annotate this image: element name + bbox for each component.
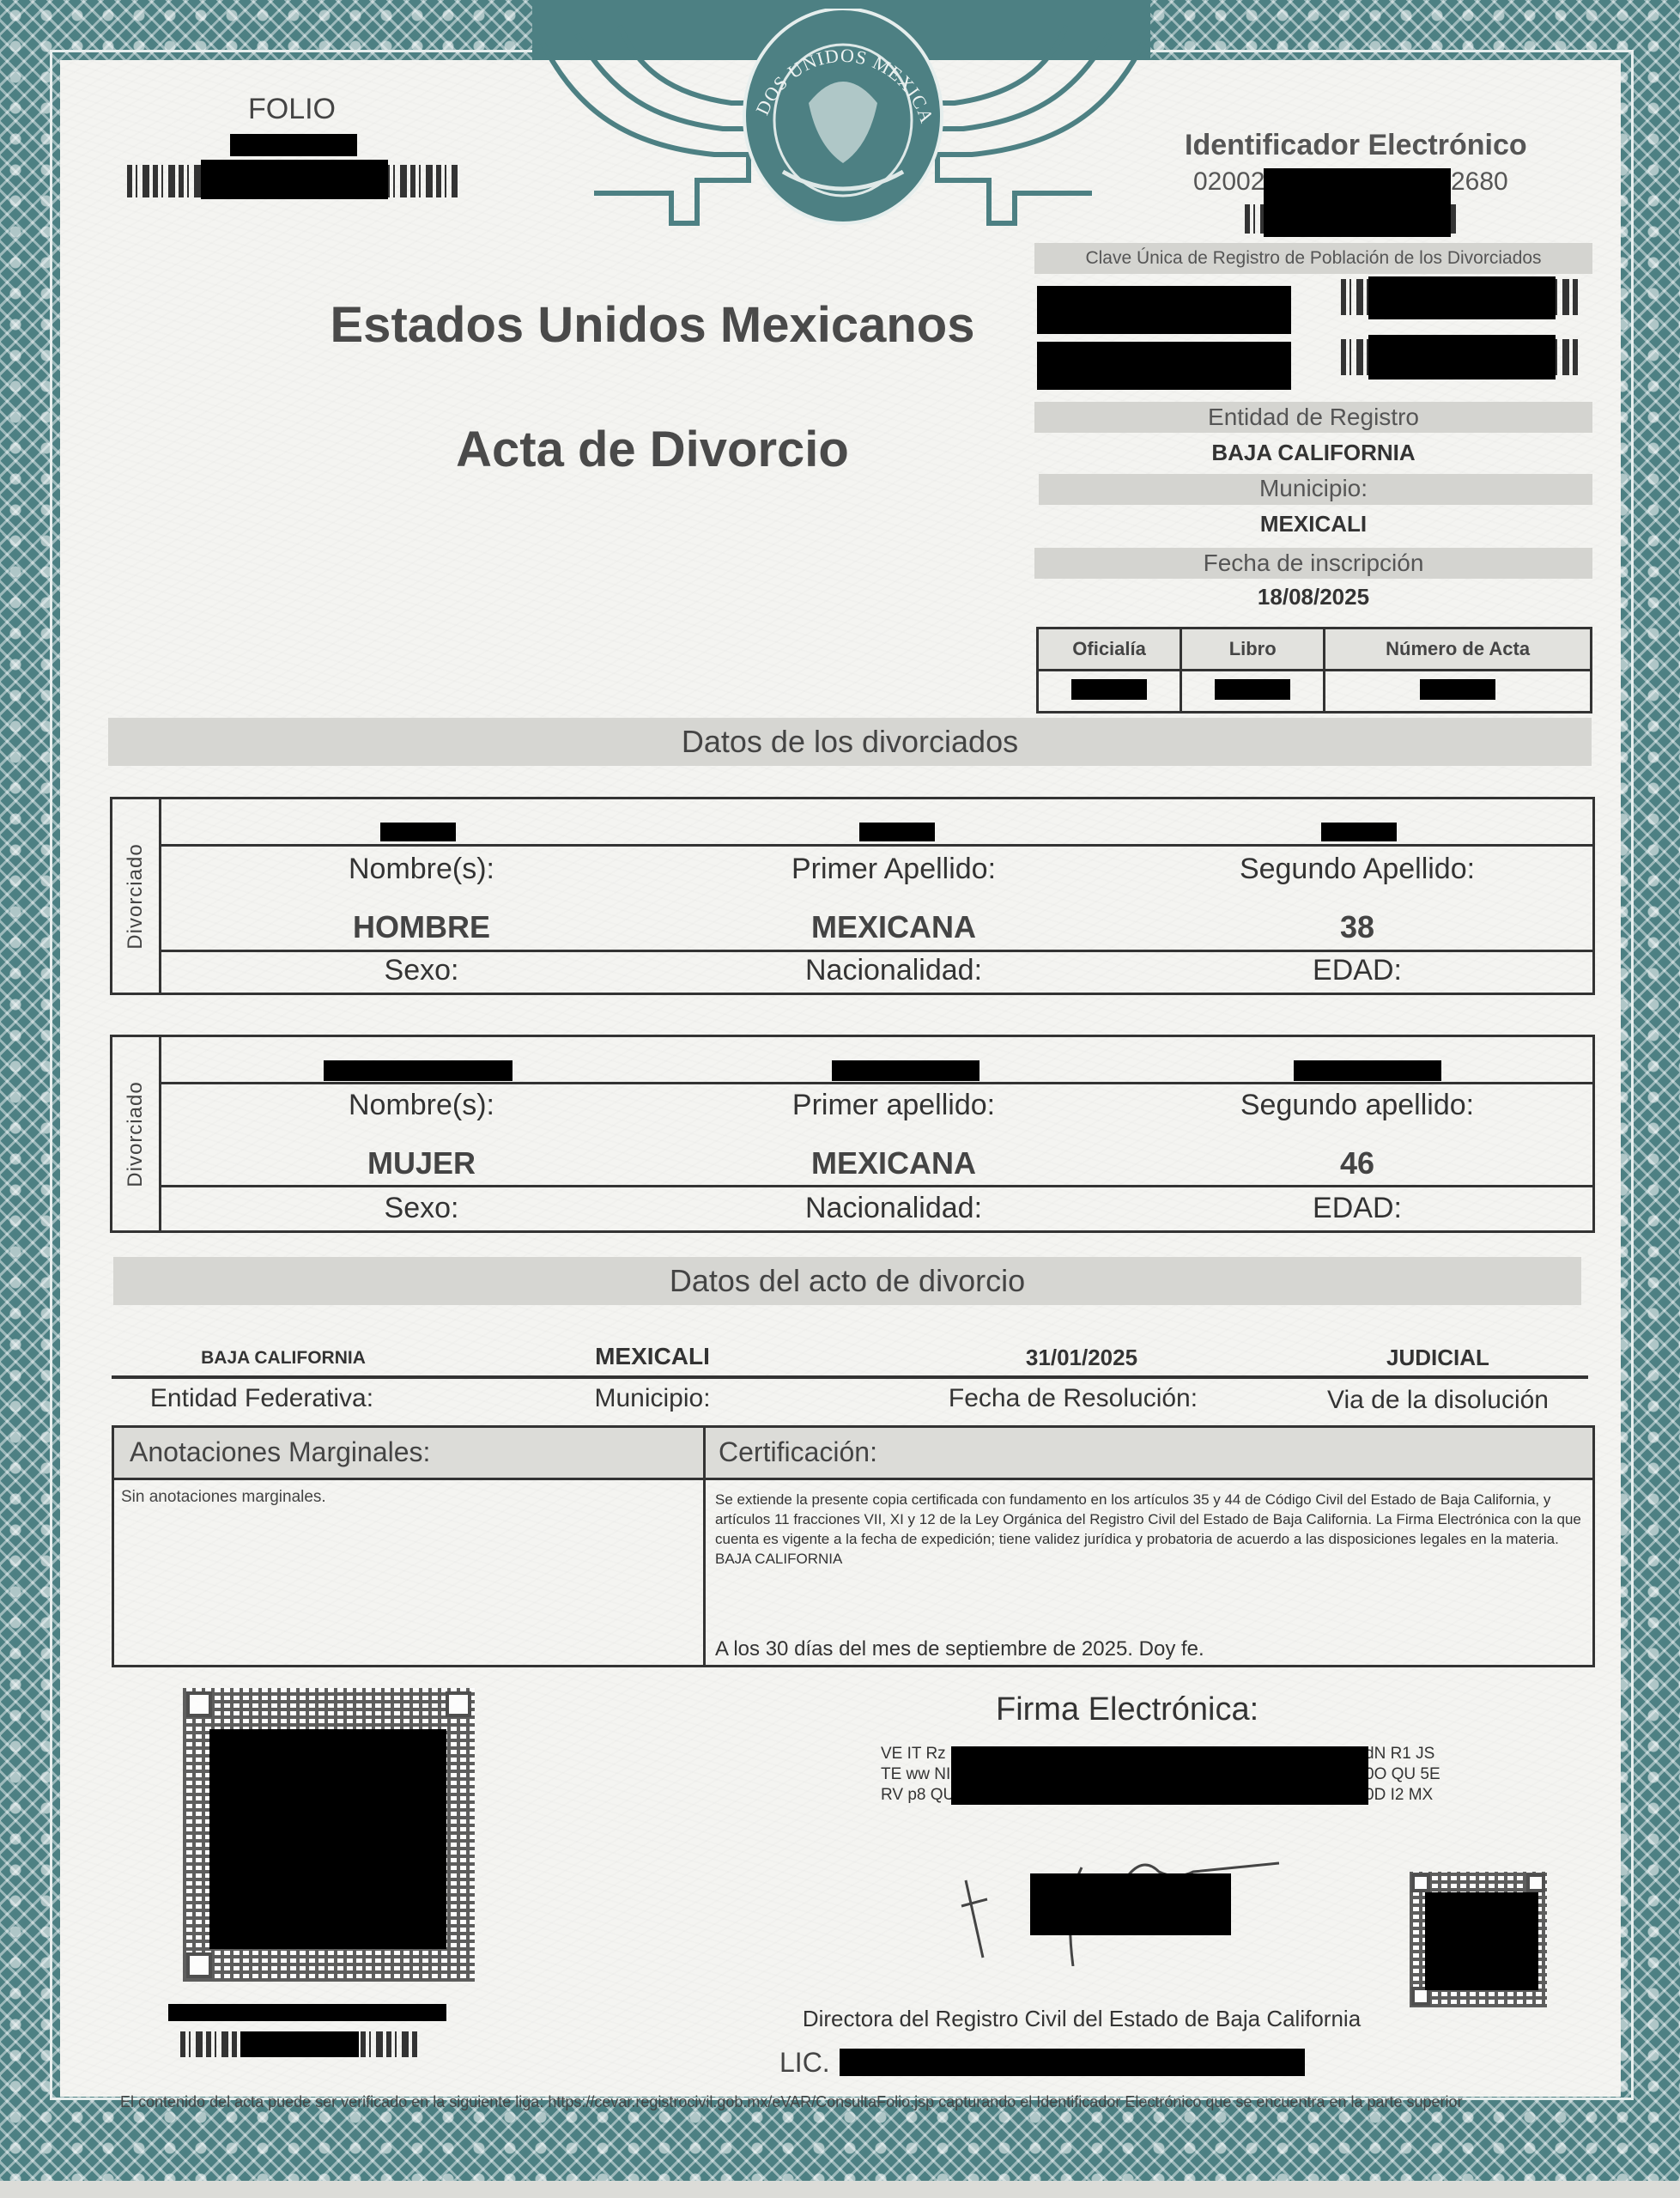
firma-line-2-right: 0O QU 5E (1365, 1765, 1440, 1784)
municipio-label: Municipio: (1034, 475, 1592, 502)
primer-apellido-1-redacted (859, 823, 935, 841)
libro-header: Libro (1181, 628, 1325, 671)
document-title: Estados Unidos Mexicanos (206, 296, 1099, 354)
acto-entidad-value: BAJA CALIFORNIA (155, 1348, 412, 1369)
sexo-value: HOMBRE (207, 909, 636, 945)
firma-line-1-left: VE IT Rz (881, 1745, 946, 1764)
sexo-value: MUJER (207, 1145, 636, 1181)
primer-apellido-2-redacted (832, 1060, 979, 1081)
verification-note: El contenido del acta puede ser verifica… (120, 2093, 1580, 2111)
acto-via-label: Via de la disolución (1288, 1386, 1588, 1415)
firma-redacted (951, 1746, 1368, 1805)
qr-finder (1411, 1873, 1430, 1892)
acto-fecha-value: 31/01/2025 (953, 1345, 1210, 1371)
anotaciones-label: Anotaciones Marginales: (130, 1436, 430, 1468)
document-subtitle: Acta de Divorcio (283, 421, 1022, 478)
edad-label: EDAD: (1143, 1192, 1572, 1225)
qr-finder (1526, 1873, 1545, 1892)
nacionalidad-value: MEXICANA (679, 1145, 1108, 1181)
segundo-apellido-1-redacted (1321, 823, 1397, 841)
acto-municipio-value: MEXICALI (524, 1343, 781, 1370)
datos-divorciados-heading: Datos de los divorciados (108, 718, 1592, 766)
segundo-apellido-label: Segundo Apellido: (1143, 853, 1572, 886)
qr-large-redacted (209, 1729, 446, 1949)
nacionalidad-label: Nacionalidad: (679, 1192, 1108, 1225)
box-divider (703, 1428, 706, 1665)
anotaciones-text: Sin anotaciones marginales. (121, 1488, 326, 1507)
acto-municipio-label: Municipio: (524, 1384, 781, 1413)
nombre-1-redacted (380, 823, 456, 841)
acto-fecha-label: Fecha de Resolución: (923, 1384, 1223, 1413)
nacionalidad-label: Nacionalidad: (679, 954, 1108, 987)
firma-electronica-label: Firma Electrónica: (996, 1691, 1258, 1728)
primer-apellido-label: Primer Apellido: (679, 853, 1108, 886)
firma-line-3-right: 0D I2 MX (1365, 1786, 1433, 1805)
qr-finder (446, 1691, 471, 1717)
anotaciones-certificacion-box: Anotaciones Marginales: Certificación: S… (112, 1425, 1595, 1667)
qr-caption-redacted (168, 2004, 446, 2021)
curp-2-barcode-redacted (1368, 335, 1556, 379)
divorciado-1-side-label: Divorciado (124, 843, 148, 949)
datos-acto-heading: Datos del acto de divorcio (113, 1257, 1581, 1305)
firma-line-2-left: TE ww NI (881, 1765, 950, 1784)
segundo-apellido-2-redacted (1294, 1060, 1441, 1081)
sexo-label: Sexo: (207, 954, 636, 987)
signature-redacted (1030, 1873, 1231, 1935)
qr-finder (186, 1691, 212, 1717)
fecha-inscripcion-value: 18/08/2025 (1034, 584, 1592, 610)
row-divider (159, 844, 1592, 847)
acta-reference-table: Oficialía Libro Número de Acta (1036, 627, 1592, 713)
folio-barcode-redacted (201, 160, 388, 199)
certificacion-date: A los 30 días del mes de septiembre de 2… (715, 1637, 1204, 1661)
segundo-apellido-label: Segundo apellido: (1143, 1089, 1572, 1122)
director-prefix: LIC. (779, 2047, 830, 2079)
fecha-inscripcion-label: Fecha de inscripción (1034, 549, 1592, 577)
acto-divider (112, 1375, 1588, 1379)
nombre-label: Nombre(s): (207, 1089, 636, 1122)
entidad-registro-value: BAJA CALIFORNIA (1034, 440, 1592, 466)
sexo-label: Sexo: (207, 1192, 636, 1225)
firma-line-1-right: dN R1 JS (1365, 1745, 1434, 1764)
director-title: Directora del Registro Civil del Estado … (747, 2006, 1416, 2032)
qr-finder (186, 1952, 212, 1978)
divorciado-1-block: Divorciado Nombre(s): Primer Apellido: S… (110, 797, 1595, 995)
certificacion-text: Se extiende la presente copia certificad… (715, 1490, 1582, 1569)
oficialia-value (1038, 671, 1181, 713)
identificador-label: Identificador Electrónico (1185, 129, 1528, 162)
firma-line-3-left: RV p8 QU (881, 1786, 955, 1805)
row-divider (159, 950, 1592, 952)
divorciado-2-side: Divorciado (112, 1037, 161, 1230)
bottom-barcode-redacted (240, 2031, 359, 2057)
identificador-value-suffix: 2680 (1451, 167, 1508, 197)
acto-via-value: JUDICIAL (1309, 1345, 1567, 1371)
divorciado-2-side-label: Divorciado (124, 1081, 148, 1187)
divorciado-2-block: Divorciado Nombre(s): Primer apellido: S… (110, 1035, 1595, 1233)
curp-1-barcode-redacted (1368, 276, 1556, 319)
edad-label: EDAD: (1143, 954, 1572, 987)
edad-value: 46 (1143, 1145, 1572, 1181)
folio-number-redacted (230, 134, 357, 156)
director-name-redacted (840, 2049, 1305, 2076)
nombre-2-redacted (324, 1060, 512, 1081)
national-seal-icon: ESTADOS UNIDOS MEXICANOS (525, 9, 1161, 240)
primer-apellido-label: Primer apellido: (679, 1089, 1108, 1122)
entidad-registro-label: Entidad de Registro (1034, 404, 1592, 431)
qr-small-redacted (1425, 1892, 1538, 1990)
nacionalidad-value: MEXICANA (679, 909, 1108, 945)
municipio-value: MEXICALI (1034, 511, 1592, 537)
numero-acta-header: Número de Acta (1325, 628, 1592, 671)
certificacion-label: Certificación: (719, 1436, 877, 1468)
libro-value (1181, 671, 1325, 713)
row-divider (159, 1185, 1592, 1187)
acto-entidad-label: Entidad Federativa: (120, 1384, 403, 1413)
identificador-value-prefix: 02002 (1193, 167, 1265, 197)
divorciado-1-side: Divorciado (112, 799, 161, 993)
row-divider (159, 1082, 1592, 1084)
identificador-redacted (1264, 168, 1451, 237)
folio-label: FOLIO (219, 93, 365, 126)
oficialia-header: Oficialía (1038, 628, 1181, 671)
nombre-label: Nombre(s): (207, 853, 636, 886)
curp-label: Clave Única de Registro de Población de … (1034, 243, 1592, 274)
numero-acta-value (1325, 671, 1592, 713)
edad-value: 38 (1143, 909, 1572, 945)
